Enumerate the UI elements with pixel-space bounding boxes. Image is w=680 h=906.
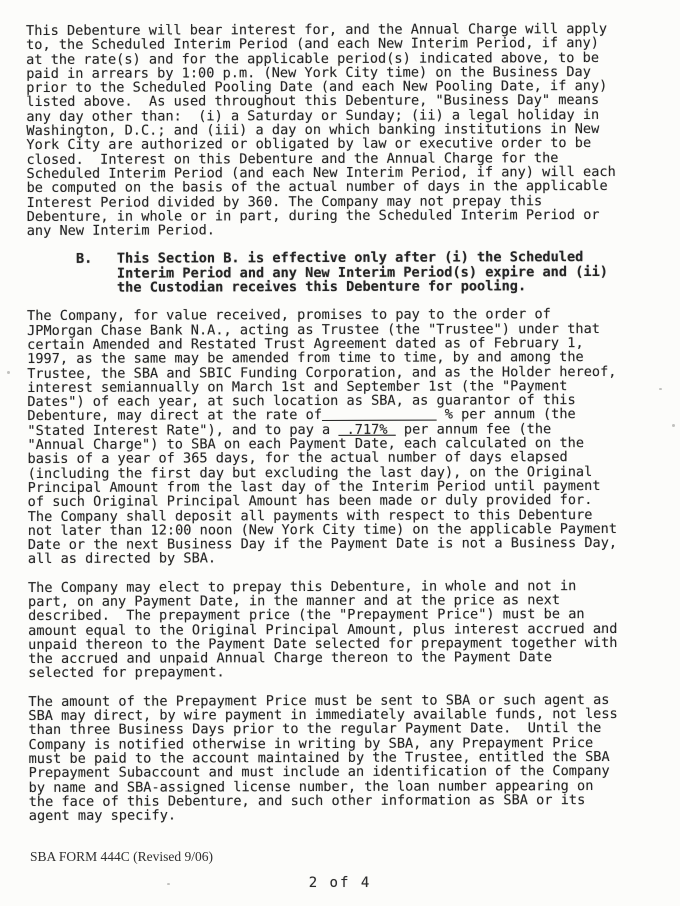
scanned-document-page: This Debenture will bear interest for, a…	[0, 0, 680, 906]
paragraph: The amount of the Prepayment Price must …	[28, 693, 658, 824]
text-line: any New Interim Period.	[27, 222, 657, 238]
scan-speck	[672, 424, 675, 427]
document-body: This Debenture will bear interest for, a…	[26, 22, 659, 824]
text-line: Debenture, in whole or in part, during t…	[27, 208, 657, 224]
text-line: the Custodian receives this Debenture fo…	[27, 279, 657, 295]
scan-speck	[659, 388, 662, 390]
paragraph: The Company may elect to prepay this Deb…	[28, 578, 658, 680]
form-number-label: SBA FORM 444C (Revised 9/06)	[30, 849, 213, 865]
text-line: agent may specify.	[29, 807, 659, 823]
scan-speck	[167, 883, 170, 885]
paragraph: The Company, for value received, promise…	[27, 307, 658, 567]
text-line: the face of this Debenture, and such oth…	[29, 793, 659, 809]
scan-speck	[7, 371, 10, 374]
text-line: selected for prepayment.	[28, 664, 658, 680]
scan-speck	[265, 57, 268, 59]
text-line: Date or the next Business Day if the Pay…	[28, 536, 658, 552]
page-number: 2 of 4	[0, 875, 680, 891]
text-line: all as directed by SBA.	[28, 550, 658, 566]
paragraph: B. This Section B. is effective only aft…	[27, 250, 657, 295]
scan-speck	[600, 631, 603, 633]
paragraph: This Debenture will bear interest for, a…	[26, 22, 657, 239]
